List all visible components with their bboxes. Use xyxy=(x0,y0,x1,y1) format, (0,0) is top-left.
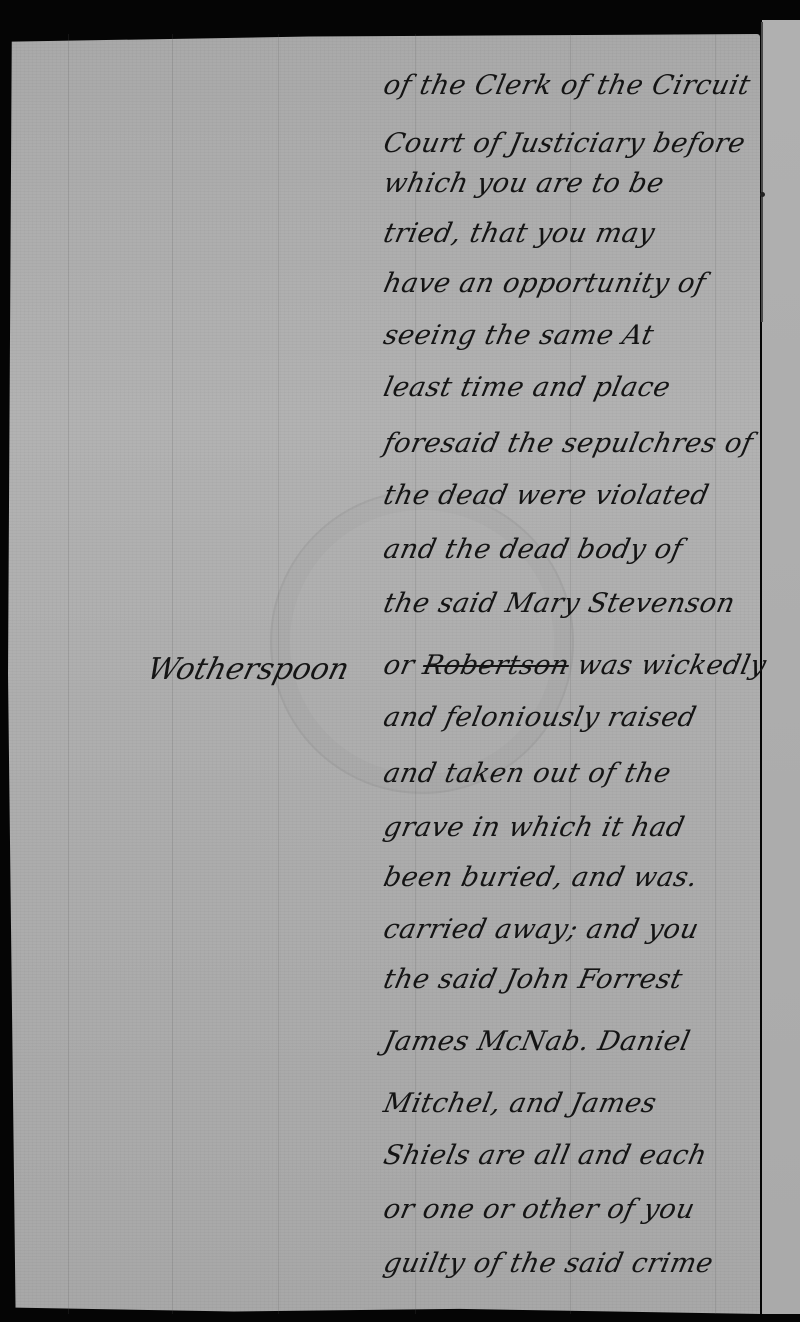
text-line: or Robertson was wickedly xyxy=(381,650,770,681)
paper-chain-line xyxy=(68,34,69,1314)
text-line: the said John Forrest xyxy=(381,964,686,995)
adjacent-page-edge xyxy=(762,20,800,1314)
text-line: the dead were violated xyxy=(381,480,712,511)
text-line: foresaid the sepulchres of xyxy=(381,428,756,459)
text-line: guilty of the said crime xyxy=(381,1248,717,1279)
text-line: carried away; and you xyxy=(381,914,702,945)
text-line: of the Clerk of the Circuit xyxy=(381,70,754,101)
ink-blot xyxy=(760,192,765,197)
text-line: Court of Justiciary before xyxy=(381,128,749,159)
struck-through-word: Robertson xyxy=(420,650,572,681)
text-line: grave in which it had xyxy=(381,812,688,843)
text-line: the said Mary Stevenson xyxy=(381,588,738,619)
text-line: James McNab. Daniel xyxy=(381,1026,693,1057)
text-line: tried, that you may xyxy=(381,218,658,249)
text-line: Shiels are all and each xyxy=(381,1140,710,1171)
text-line: least time and place xyxy=(381,372,674,403)
text-fragment: was wickedly xyxy=(566,650,770,681)
text-line: been buried, and was. xyxy=(381,862,701,893)
text-line: seeing the same At xyxy=(381,320,657,351)
text-line: or one or other of you xyxy=(381,1194,698,1225)
text-line: and taken out of the xyxy=(381,758,674,789)
text-line: which you are to be xyxy=(381,168,667,199)
page-fold-line xyxy=(761,22,763,322)
text-line: Mitchel, and James xyxy=(381,1088,660,1119)
margin-signature: Wotherspoon xyxy=(144,652,353,687)
text-line: and the dead body of xyxy=(381,534,686,565)
text-line: and feloniously raised xyxy=(381,702,700,733)
text-line: have an opportunity of xyxy=(381,268,709,299)
